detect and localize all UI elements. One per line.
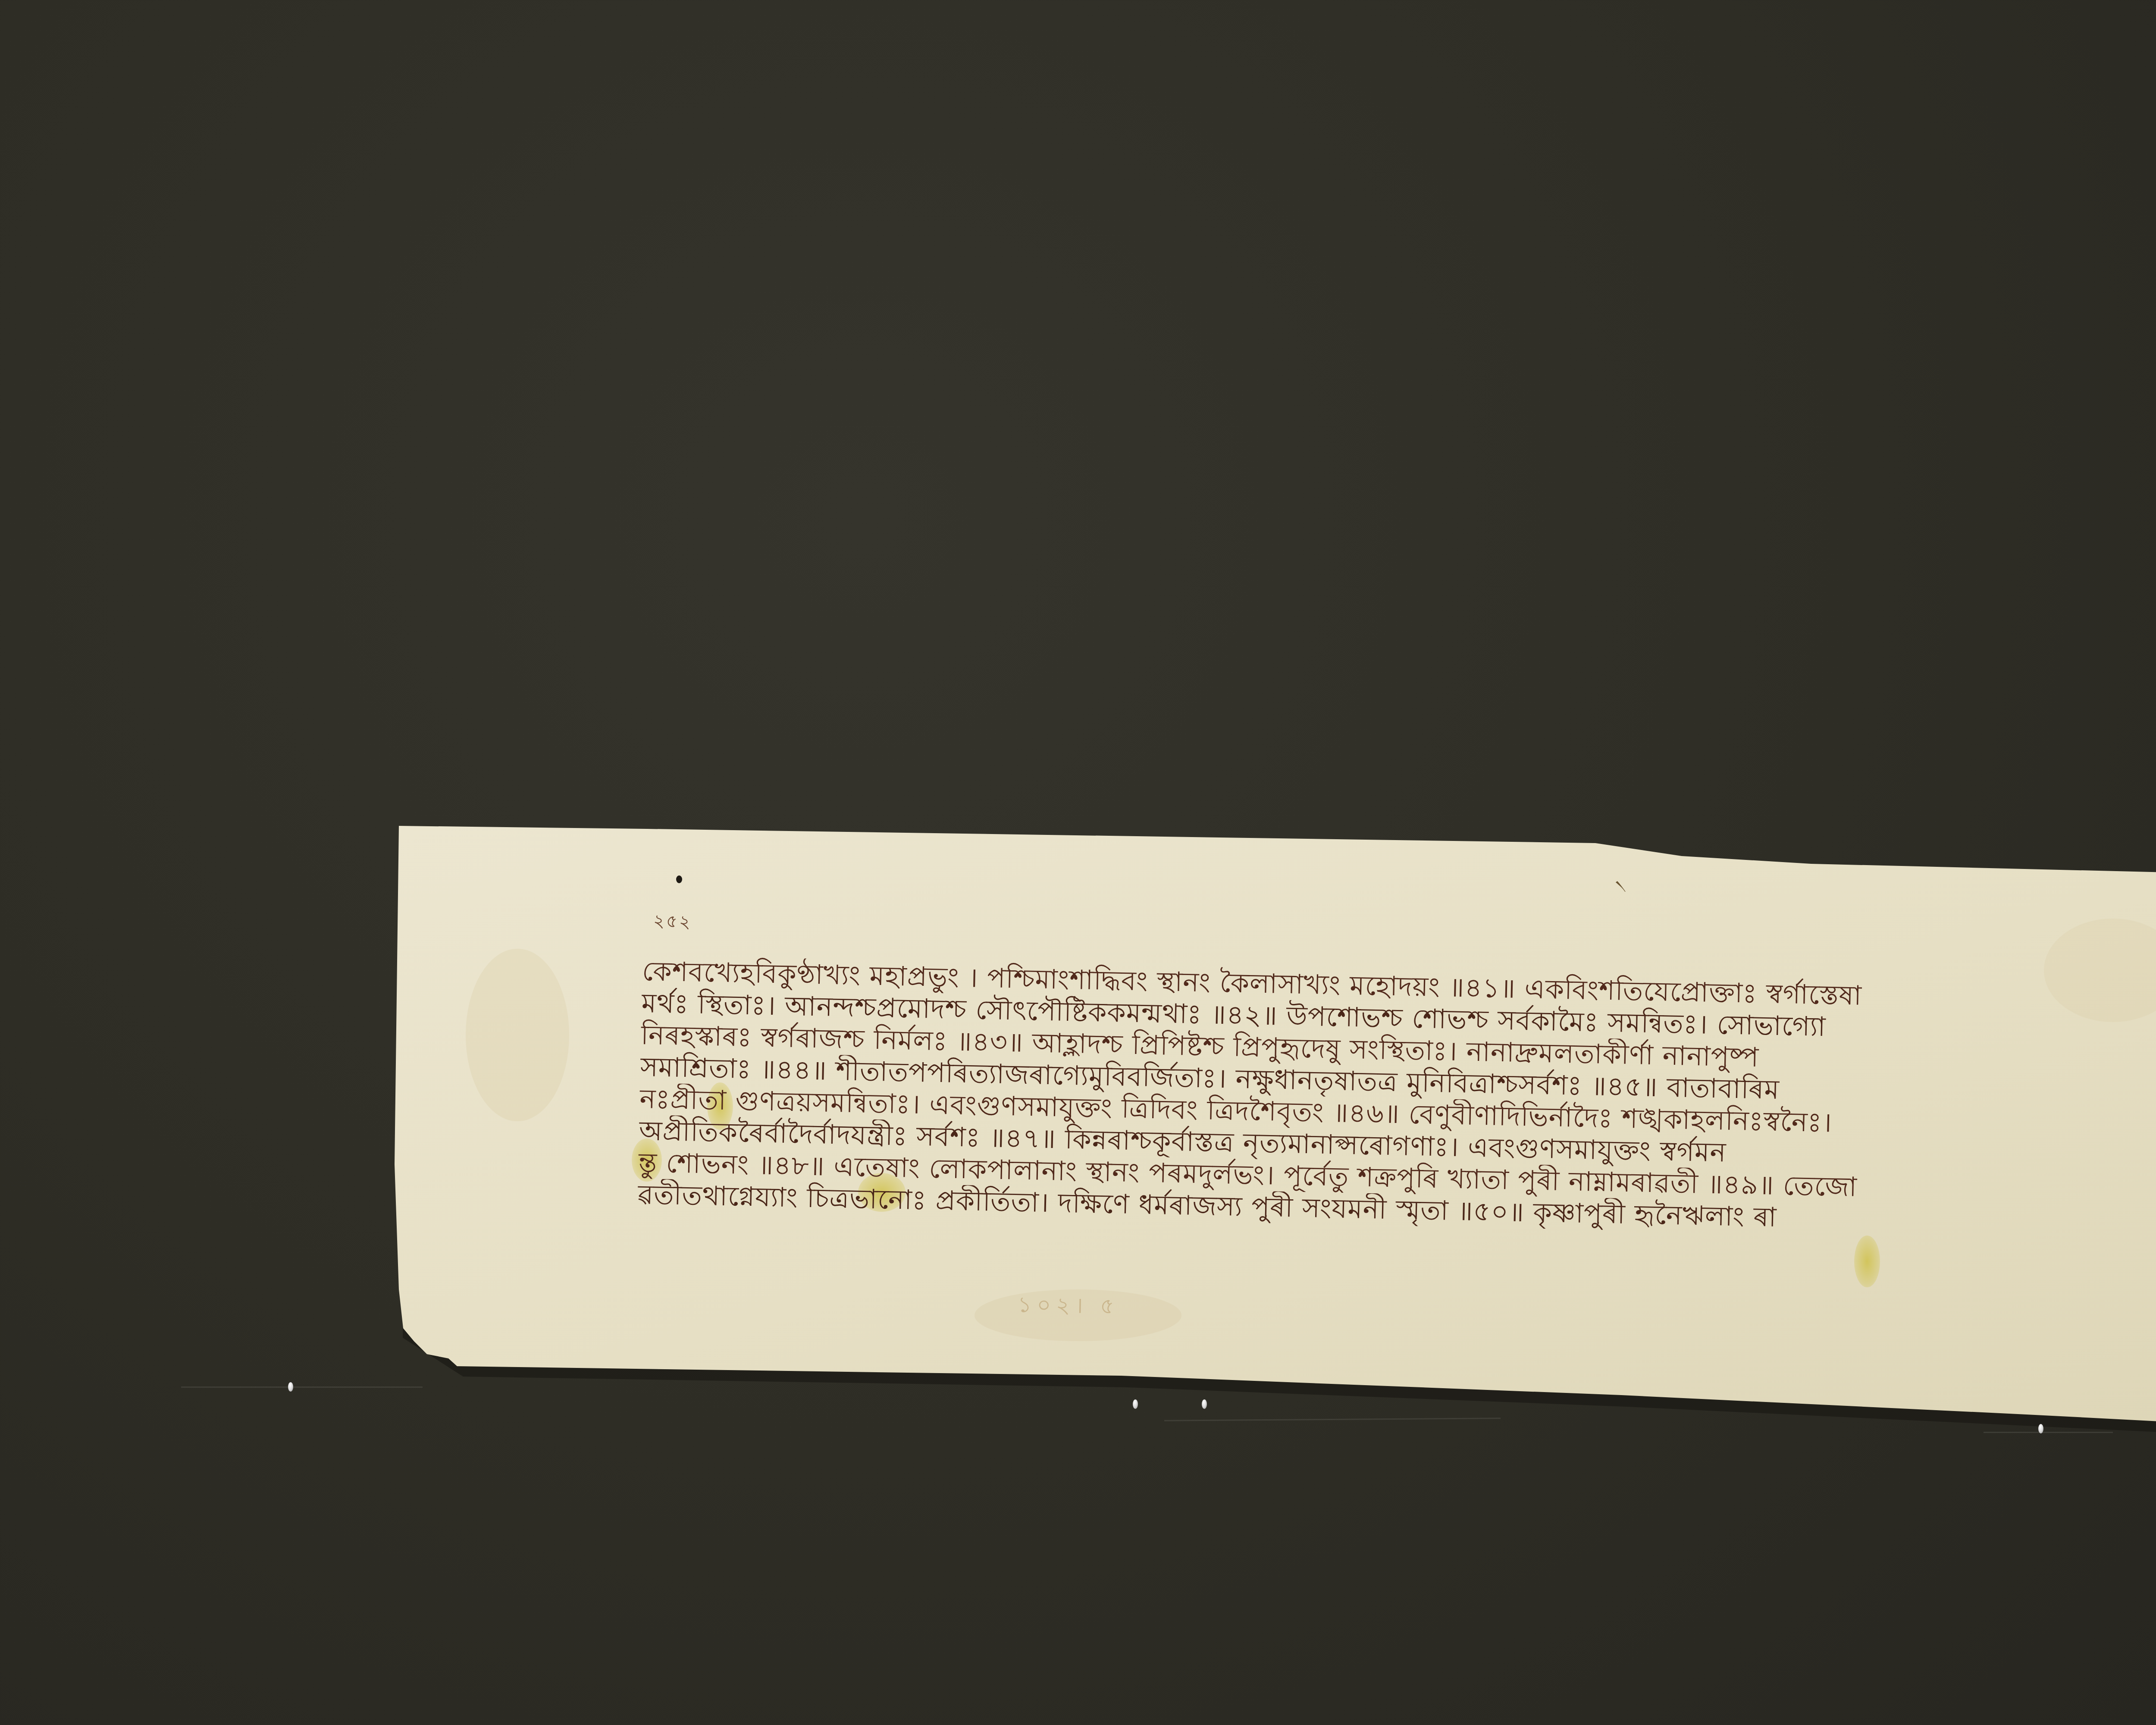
mounting-pin: [1133, 1399, 1138, 1409]
marginal-mark: ৲: [1615, 865, 1626, 896]
manuscript-text: কেশবখ্যেহবিকুণ্ঠাখ্যং মহাপ্রভুং । পশ্চিম…: [637, 955, 2143, 1241]
manuscript-leaf: ২৫২ ৲ কেশবখ্যেহবিকুণ্ঠাখ্যং মহাপ্রভুং । …: [0, 0, 2156, 1725]
show-through-text: ১০২। ৫: [1017, 1289, 1119, 1326]
binding-hole: [676, 875, 682, 883]
paper-shape: [0, 0, 2156, 1725]
folio-number: ২৫২: [653, 907, 693, 937]
mounting-pin: [288, 1382, 293, 1392]
mounting-pin: [2038, 1424, 2043, 1433]
yellow-stain: [1854, 1236, 1880, 1287]
mounting-pin: [1202, 1399, 1207, 1409]
